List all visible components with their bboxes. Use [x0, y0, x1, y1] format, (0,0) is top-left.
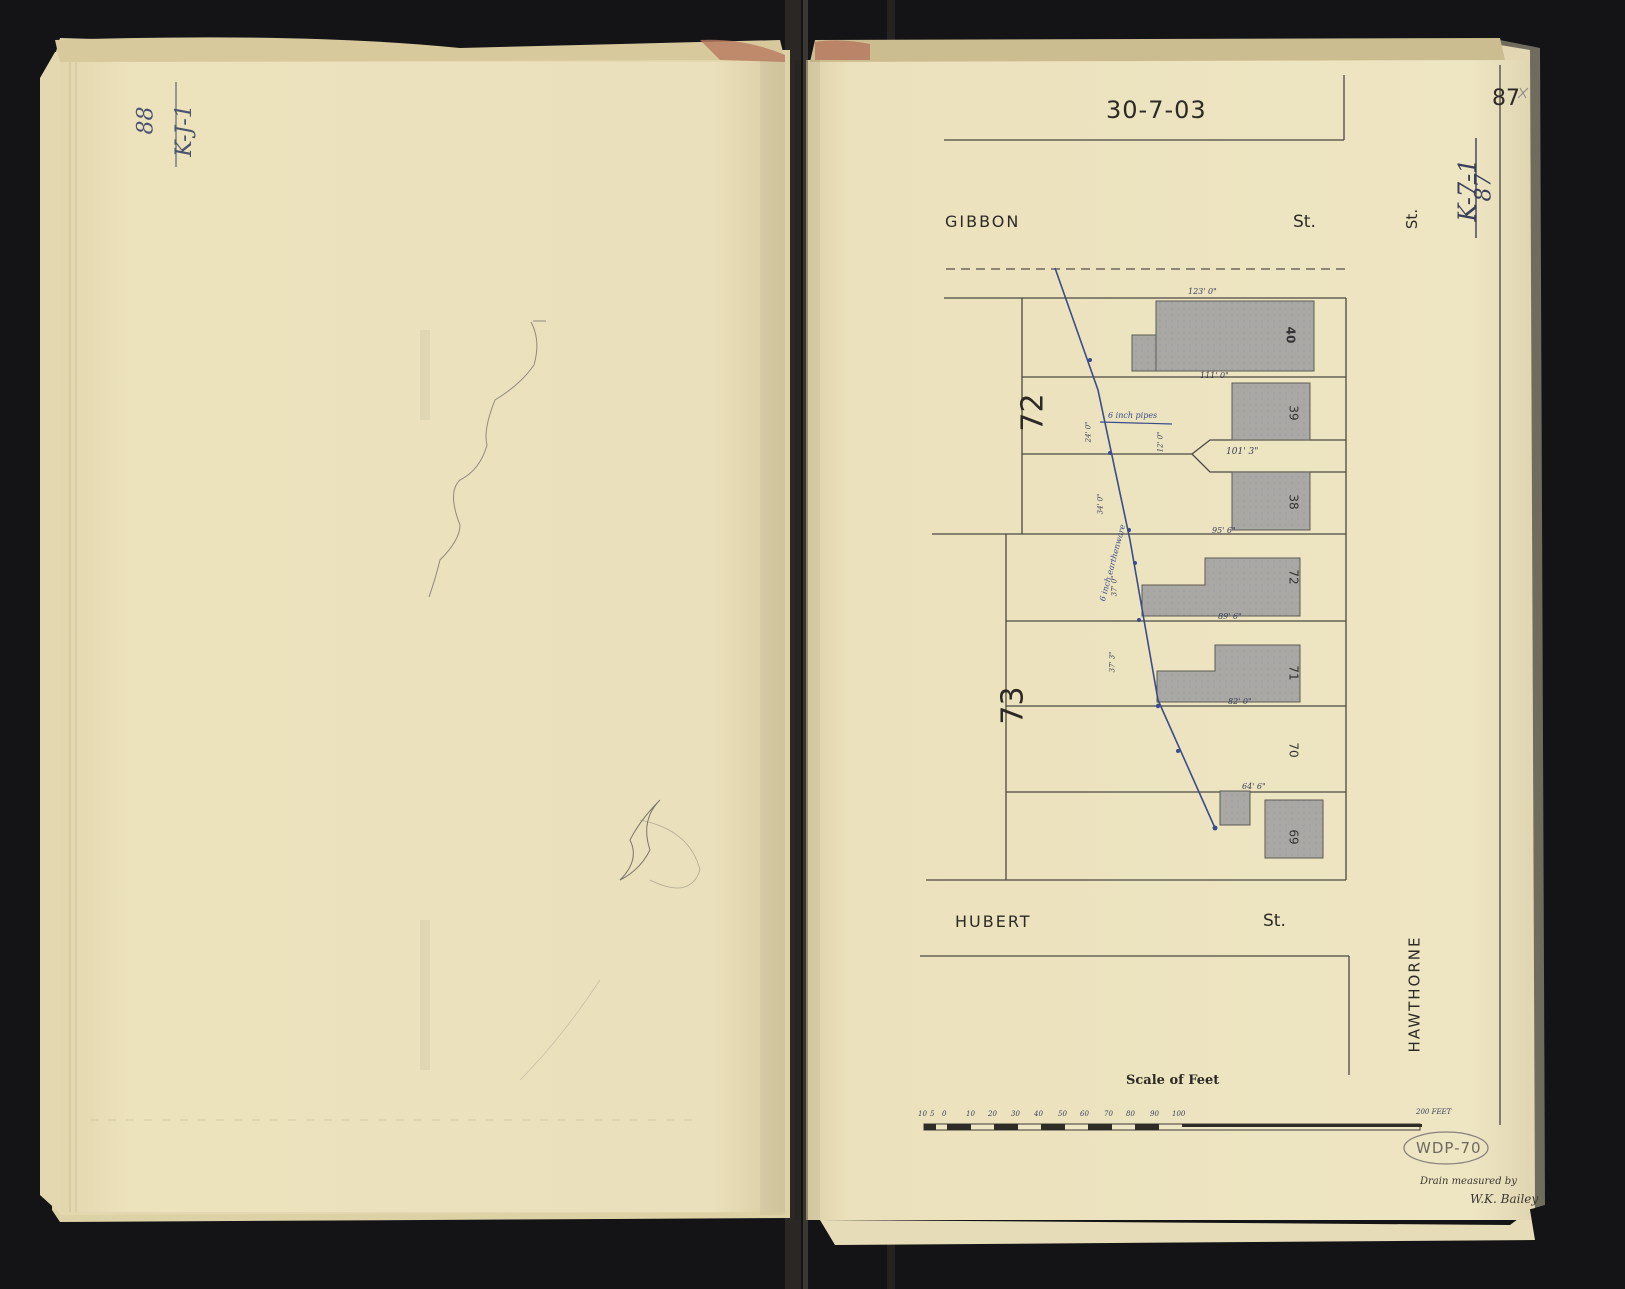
left-index-top: 88 [134, 107, 159, 135]
street-gibbon-suffix: St. [1293, 212, 1316, 232]
lot-39-label: 39 [1287, 405, 1301, 420]
dim-lot-70: 64' 6" [1242, 782, 1266, 791]
signature-line2: W.K. Bailey [1470, 1192, 1538, 1206]
scale-bar-graphic [924, 1124, 1422, 1130]
pipe-offset: 34' 0" [1096, 494, 1104, 515]
lot-72-label: 72 [1287, 569, 1301, 584]
archive-stamp: WDP-70 [1416, 1139, 1482, 1157]
dim-lot-71: 82' 0" [1228, 697, 1252, 706]
lot-70-label: 70 [1287, 742, 1301, 757]
left-index-bottom: K-J-1 [172, 104, 197, 157]
book-spread-graphic [0, 0, 1625, 1289]
pipe-offset: 24' 0" [1084, 422, 1092, 443]
street-hawthorne-suffix: St. [1403, 209, 1421, 229]
signature-line1: Drain measured by [1420, 1176, 1517, 1187]
scale-ticks: 10 5 0 10 20 30 40 50 60 70 80 90 100 20… [918, 1110, 1438, 1122]
page-number: 87 [1492, 86, 1520, 111]
street-gibbon: Gibbon [945, 212, 1020, 231]
street-hubert: Hubert [955, 912, 1032, 931]
dim-lot-72: 89' 6" [1218, 612, 1242, 621]
book-scan: 88 K-J-1 30-7-03 87 K-7-1 87 Gibbon St. … [0, 0, 1625, 1289]
street-hawthorne: Hawthorne [1405, 936, 1423, 1053]
street-hubert-suffix: St. [1263, 911, 1286, 931]
block-72-label: 72 [1016, 393, 1051, 431]
dim-lot-38: 95' 6" [1212, 526, 1236, 535]
dim-lot-39: 101' 3" [1226, 447, 1258, 457]
pipe-offset: 37' 3" [1108, 652, 1116, 673]
sheet-ref-bottom: 87 [1472, 174, 1497, 202]
map-date: 30-7-03 [1106, 96, 1207, 124]
lot-71-label: 71 [1287, 665, 1301, 680]
pipe-offset: 12' 0" [1156, 432, 1164, 453]
lot-69-label: 69 [1287, 829, 1301, 844]
scale-title: Scale of Feet [1126, 1073, 1219, 1088]
lot-40-label: 40 [1283, 327, 1297, 344]
dim-lot-40: 111' 0" [1200, 371, 1229, 380]
dim-top: 123' 0" [1188, 287, 1217, 296]
lot-38-label: 38 [1287, 494, 1301, 509]
block-73-label: 73 [996, 686, 1031, 724]
pipe-label-main: 6 inch pipes [1108, 411, 1157, 420]
pipe-offset: 37' 0" [1110, 576, 1118, 597]
